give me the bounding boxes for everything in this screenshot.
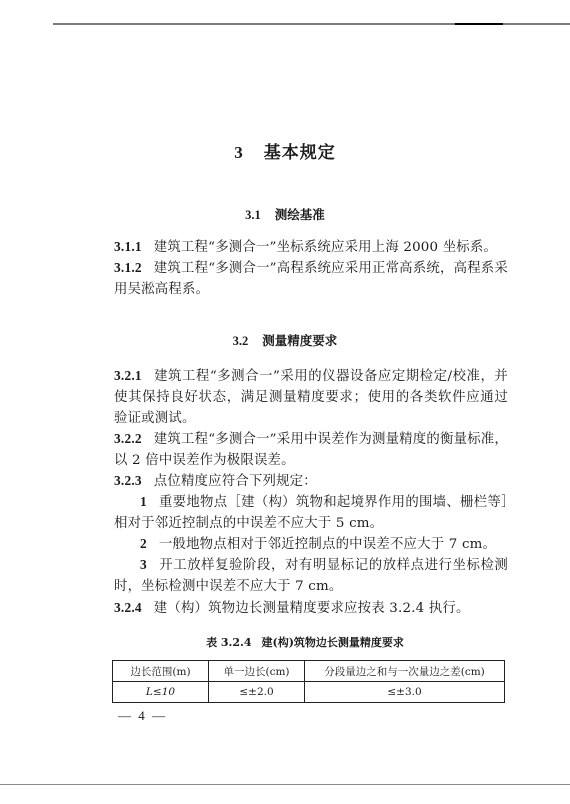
table-row: L≤10 ≤±2.0 ≤±3.0 bbox=[113, 682, 505, 703]
bottom-rule bbox=[0, 784, 570, 785]
clause-number: 3.1.1 bbox=[114, 239, 142, 254]
table-caption: 表 3.2.4建(构)筑物边长测量精度要求 bbox=[0, 634, 570, 650]
table-header-cell: 分段量边之和与一次量边之差(cm) bbox=[305, 661, 505, 682]
chapter-number: 3 bbox=[234, 143, 244, 162]
clause-3-2-4: 3.2.4建（构）筑物边长测量精度要求应按表 3.2.4 执行。 bbox=[114, 597, 508, 619]
clause-3-2-3-item-3: 3开工放样复验阶段，对有明显标记的放样点进行坐标检测时，坐标检测中误差不应大于 … bbox=[114, 554, 508, 597]
clause-text: 建筑工程“多测合一”高程系统应采用正常高系统，高程系采用吴淞高程系。 bbox=[114, 261, 508, 297]
clause-number: 3.2.4 bbox=[114, 600, 142, 615]
section-title-3-2: 3.2测量精度要求 bbox=[0, 331, 570, 349]
clause-3-2-1: 3.2.1建筑工程“多测合一”采用的仪器设备应定期检定/校准，并使其保持良好状态… bbox=[114, 365, 508, 429]
clause-3-1-2: 3.1.2建筑工程“多测合一”高程系统应采用正常高系统，高程系采用吴淞高程系。 bbox=[114, 257, 508, 300]
table-cell: L≤10 bbox=[113, 682, 209, 703]
clause-3-2-3-item-2: 2一般地物点相对于邻近控制点的中误差不应大于 7 cm。 bbox=[114, 533, 508, 555]
table-header-row: 边长范围(m) 单一边长(cm) 分段量边之和与一次量边之差(cm) bbox=[113, 661, 505, 682]
clause-text: 建筑工程“多测合一”坐标系统应采用上海 2000 坐标系。 bbox=[154, 240, 497, 255]
section-title-text: 测绘基准 bbox=[275, 207, 325, 222]
section-title-text: 测量精度要求 bbox=[262, 333, 337, 348]
table-cell: ≤±3.0 bbox=[305, 682, 505, 703]
section-number: 3.2 bbox=[233, 334, 249, 348]
item-number: 3 bbox=[140, 557, 147, 572]
clause-number: 3.2.1 bbox=[114, 368, 142, 383]
clause-3-1-1: 3.1.1建筑工程“多测合一”坐标系统应采用上海 2000 坐标系。 bbox=[114, 236, 508, 258]
table-caption-title: 建(构)筑物边长测量精度要求 bbox=[262, 636, 404, 649]
section-number: 3.1 bbox=[245, 208, 261, 222]
item-number: 1 bbox=[140, 494, 147, 509]
clause-text: 建筑工程“多测合一”采用中误差作为测量精度的衡量标准，以 2 倍中误差作为极限误… bbox=[114, 432, 508, 468]
page-number: — 4 — bbox=[118, 708, 167, 724]
chapter-title: 3基本规定 bbox=[0, 138, 570, 163]
table-caption-number: 表 3.2.4 bbox=[206, 636, 251, 649]
clause-number: 3.2.2 bbox=[114, 431, 142, 446]
clause-3-2-3-item-1: 1重要地物点［建（构）筑物和起境界作用的围墙、栅栏等］相对于邻近控制点的中误差不… bbox=[114, 491, 508, 534]
clause-3-2-3: 3.2.3点位精度应符合下列规定： bbox=[114, 470, 508, 492]
clause-text: 点位精度应符合下列规定： bbox=[154, 474, 317, 489]
clause-3-2-2: 3.2.2建筑工程“多测合一”采用中误差作为测量精度的衡量标准，以 2 倍中误差… bbox=[114, 428, 508, 471]
table-header-cell: 边长范围(m) bbox=[113, 661, 209, 682]
top-rule-dark-segment bbox=[455, 23, 503, 25]
precision-table: 边长范围(m) 单一边长(cm) 分段量边之和与一次量边之差(cm) L≤10 … bbox=[112, 660, 505, 703]
table-header-cell: 单一边长(cm) bbox=[209, 661, 305, 682]
clause-text: 建筑工程“多测合一”采用的仪器设备应定期检定/校准，并使其保持良好状态，满足测量… bbox=[114, 369, 508, 426]
clause-text: 建（构）筑物边长测量精度要求应按表 3.2.4 执行。 bbox=[154, 601, 470, 616]
item-text: 重要地物点［建（构）筑物和起境界作用的围墙、栅栏等］相对于邻近控制点的中误差不应… bbox=[114, 495, 508, 531]
item-number: 2 bbox=[140, 536, 147, 551]
table-cell: ≤±2.0 bbox=[209, 682, 305, 703]
item-text: 开工放样复验阶段，对有明显标记的放样点进行坐标检测时，坐标检测中误差不应大于 7… bbox=[114, 558, 508, 594]
item-text: 一般地物点相对于邻近控制点的中误差不应大于 7 cm。 bbox=[159, 537, 496, 552]
section-title-3-1: 3.1测绘基准 bbox=[0, 205, 570, 223]
chapter-title-text: 基本规定 bbox=[264, 143, 336, 163]
clause-number: 3.2.3 bbox=[114, 473, 142, 488]
clause-number: 3.1.2 bbox=[114, 260, 142, 275]
